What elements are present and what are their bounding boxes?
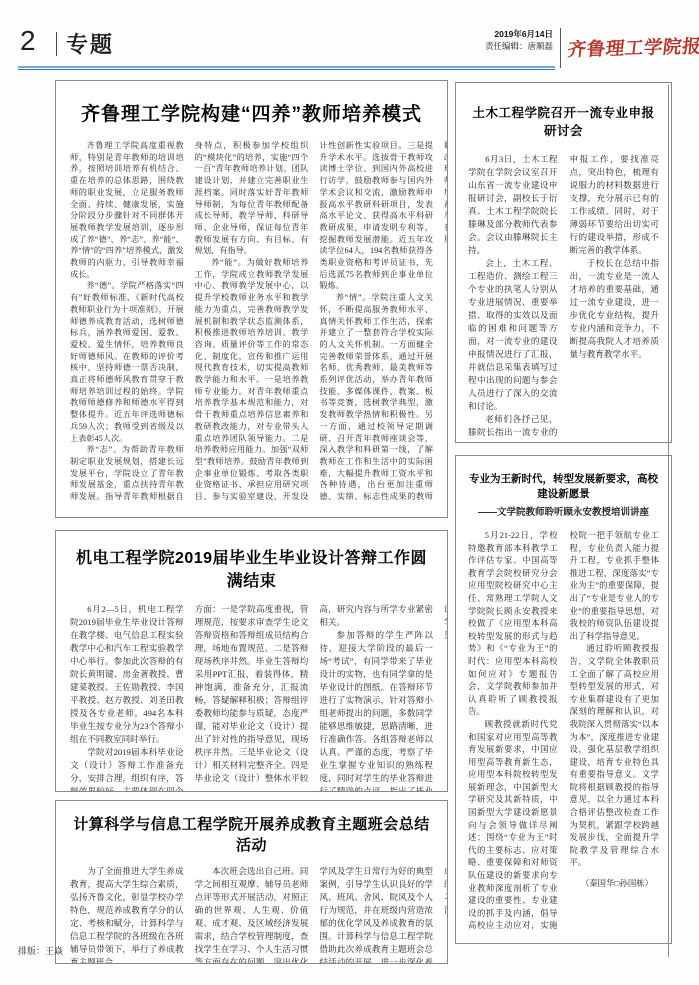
article-paragraph: 参加答辩的学生严阵以待，迎接大学阶段的最后一场“考试”，有同学带来了毕业设计的实… bbox=[319, 603, 448, 792]
article-paragraph: 养“德”。学院严格落实“四有”好教师标准、《新时代高校教师职业行为十项准则》，开… bbox=[70, 280, 184, 444]
article5-byline: （黄胜旺□刘明军） bbox=[444, 925, 448, 938]
header-rule bbox=[18, 66, 555, 70]
article-paragraph: 6月3日，土木工程学院在学院会议室召开山东省一流专业建设申报研讨会，副校长于衍真… bbox=[468, 153, 558, 257]
article-civil-engineering-seminar: 土木工程学院召开一流专业申报研讨会 6月3日，土木工程学院在学院会议室召开山东省… bbox=[455, 82, 672, 443]
article-paragraph: 会上，土木工程、工程造价、测绘工程三个专业的执笔人分别从专业进展情况、重要举措、… bbox=[468, 257, 558, 413]
article-paragraph: 6月2—5日，机电工程学院2019届毕业生毕业设计答辩在教学楼、电气信息工程实验… bbox=[70, 603, 184, 746]
masthead: 齐鲁理工学院报 bbox=[566, 32, 699, 62]
article-paragraph: 于校长在总结中指出，一流专业是一流人才培养的重要基础，通过一流专业建设，进一步优… bbox=[570, 257, 660, 361]
article1-body: 齐鲁理工学院高度重视教师，特别是青年教师的培训培养，按照培训培养有机结合、重在培… bbox=[70, 140, 433, 504]
newspaper-page: 2 专题 2019年6月14日 责任编辑：唐顺磊 齐鲁理工学院报 齐鲁理工学院构… bbox=[0, 0, 699, 985]
article5-body: 为了全面推进大学生养成教育，提高大学生综合素质，弘扬齐鲁文化，彰显学校办学特色，… bbox=[70, 865, 433, 964]
article2-body: 6月3日，土木工程学院在学院会议室召开山东省一流专业建设申报研讨会，副校长于衍真… bbox=[468, 153, 659, 439]
page-edge-rule bbox=[668, 85, 669, 957]
page-number: 2 bbox=[20, 26, 36, 56]
article-paragraph: 本次班会选出自己班、同学之间相互观摩、辅导员老师点评等形式开展活动，对照正确的世… bbox=[195, 865, 448, 964]
issue-editor: 责任编辑：唐顺磊 bbox=[438, 40, 553, 52]
article-graduation-defense: 机电工程学院2019届毕业生毕业设计答辩工作圆满结束 6月2—5日，机电工程学院… bbox=[55, 530, 448, 792]
article-class-meeting-summary: 计算科学与信息工程学院开展养成教育主题班会总结活动 为了全面推进大学生养成教育，… bbox=[55, 800, 448, 964]
article3-body: 5月21-22日，学校特邀教育部本科教学工作评估专家、中国高等教育学会院校研究分… bbox=[468, 530, 659, 942]
article-paragraph: 齐鲁理工学院高度重视教师，特别是青年教师的培训培养，按照培训培养有机结合、重在培… bbox=[70, 140, 184, 280]
masthead-divider bbox=[560, 28, 561, 68]
article5-title: 计算科学与信息工程学院开展养成教育主题班会总结活动 bbox=[70, 813, 433, 855]
article3-subtitle: ——文学院教师聆听顾永安教授培训讲座 bbox=[468, 504, 659, 518]
article4-title: 机电工程学院2019届毕业生毕业设计答辩工作圆满结束 bbox=[70, 545, 433, 591]
article-paragraph: 为了全面推进大学生养成教育，提高大学生综合素质，弘扬齐鲁文化，彰显学校办学特色，… bbox=[70, 865, 184, 964]
article2-title: 土木工程学院召开一流专业申报研讨会 bbox=[468, 103, 659, 139]
article-paragraph: 通过聆听顾教授报告，文学院全体教职员工全面了解了高校应用型转型发展的形式，对专业… bbox=[570, 643, 660, 870]
article1-title: 齐鲁理工学院构建“四养”教师培养模式 bbox=[70, 99, 433, 126]
issue-date: 2019年6月14日 bbox=[438, 28, 553, 40]
section-title: 专题 bbox=[66, 28, 114, 59]
article-paragraph: 5月21-22日，学校特邀教育部本科教学工作评估专家、中国高等教育学会院校研究分… bbox=[468, 530, 558, 719]
article4-body: 6月2—5日，机电工程学院2019届毕业生毕业设计答辩在教学楼、电气信息工程实验… bbox=[70, 603, 433, 792]
page-header: 2 专题 2019年6月14日 责任编辑：唐顺磊 齐鲁理工学院报 bbox=[18, 24, 690, 76]
article3-title: 专业为王新时代，转型发展新要求，高校建设新愿景 bbox=[468, 472, 659, 502]
header-divider bbox=[56, 32, 57, 56]
article-teacher-training: 齐鲁理工学院构建“四养”教师培养模式 齐鲁理工学院高度重视教师，特别是青年教师的… bbox=[55, 80, 448, 518]
article3-byline: （秦国华□孙国栋） bbox=[570, 878, 660, 891]
article-lecture-training: 专业为王新时代，转型发展新要求，高校建设新愿景 ——文学院教师聆听顾永安教授培训… bbox=[455, 455, 672, 944]
typesetting-credit: 排版：王焱 bbox=[18, 944, 63, 957]
issue-meta: 2019年6月14日 责任编辑：唐顺磊 bbox=[438, 28, 553, 52]
